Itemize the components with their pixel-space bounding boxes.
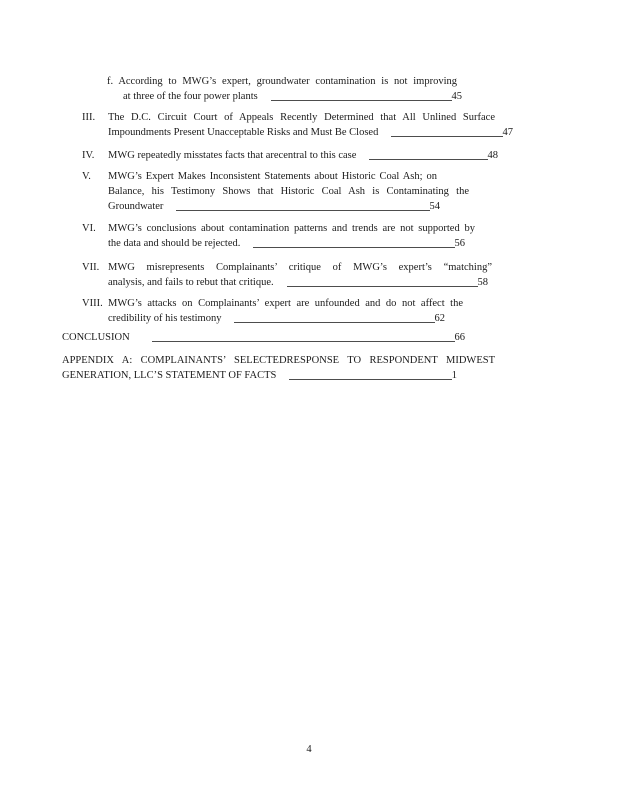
section-label: V. xyxy=(82,169,91,184)
toc-entry-iii: III. The D.C. Circuit Court of Appeals R… xyxy=(62,110,513,140)
page-ref: 54 xyxy=(430,199,441,214)
leader-line xyxy=(274,275,478,290)
entry-line: The D.C. Circuit Court of Appeals Recent… xyxy=(108,110,513,125)
entry-lastline: CONCLUSION xyxy=(62,330,130,345)
entry-line: APPENDIX A: COMPLAINANTS’ SELECTEDRESPON… xyxy=(62,353,513,368)
page-ref: 47 xyxy=(503,125,514,140)
leader-line xyxy=(378,125,502,140)
leader-line xyxy=(276,368,451,383)
entry-lastline: at three of the four power plants xyxy=(123,89,258,104)
leader-line xyxy=(130,330,455,345)
entry-line: MWG’s conclusions about contamination pa… xyxy=(108,221,513,236)
page-ref: 56 xyxy=(455,236,466,251)
entry-line: MWG’s Expert Makes Inconsistent Statemen… xyxy=(108,169,513,184)
entry-line: Balance, his Testimony Shows that Histor… xyxy=(108,184,513,199)
leader-line xyxy=(221,311,434,326)
toc-entry-conclusion: CONCLUSION 66 xyxy=(62,330,513,345)
page-ref: 48 xyxy=(488,148,499,163)
leader-line xyxy=(356,148,487,163)
page-ref: 45 xyxy=(452,89,463,104)
entry-lastline: the data and should be rejected. xyxy=(108,236,240,251)
footer-page-number: 4 xyxy=(0,742,618,757)
section-label: VI. xyxy=(82,221,96,236)
entry-lastline: GENERATION, LLC’S STATEMENT OF FACTS xyxy=(62,368,276,383)
entry-line: f. According to MWG’s expert, groundwate… xyxy=(107,74,513,89)
toc-entry-vii: VII. MWG misrepresents Complainants’ cri… xyxy=(62,260,513,290)
section-label: VIII. xyxy=(82,296,103,311)
document-page: f. According to MWG’s expert, groundwate… xyxy=(0,0,618,800)
leader-line xyxy=(163,199,429,214)
entry-lastline: Groundwater xyxy=(108,199,163,214)
toc-entry-iv: IV. MWG repeatedly misstates facts that … xyxy=(62,148,513,163)
toc-entry-viii: VIII. MWG’s attacks on Complainants’ exp… xyxy=(62,296,513,326)
entry-lastline: MWG repeatedly misstates facts that arec… xyxy=(108,148,356,163)
toc-entry-appendix: APPENDIX A: COMPLAINANTS’ SELECTEDRESPON… xyxy=(62,353,513,383)
toc-entry-f: f. According to MWG’s expert, groundwate… xyxy=(62,74,513,104)
page-ref: 58 xyxy=(478,275,489,290)
toc-entry-v: V. MWG’s Expert Makes Inconsistent State… xyxy=(62,169,513,214)
entry-lastline: Impoundments Present Unacceptable Risks … xyxy=(108,125,378,140)
entry-lastline: credibility of his testimony xyxy=(108,311,221,326)
section-label: VII. xyxy=(82,260,99,275)
page-ref: 1 xyxy=(452,368,457,383)
leader-line xyxy=(240,236,454,251)
section-label: III. xyxy=(82,110,95,125)
page-ref: 66 xyxy=(455,330,466,345)
entry-line: MWG’s attacks on Complainants’ expert ar… xyxy=(108,296,513,311)
entry-line: MWG misrepresents Complainants’ critique… xyxy=(108,260,513,275)
page-ref: 62 xyxy=(435,311,446,326)
entry-lastline: analysis, and fails to rebut that critiq… xyxy=(108,275,274,290)
toc-entry-vi: VI. MWG’s conclusions about contaminatio… xyxy=(62,221,513,251)
leader-line xyxy=(258,89,452,104)
section-label: IV. xyxy=(82,148,94,163)
